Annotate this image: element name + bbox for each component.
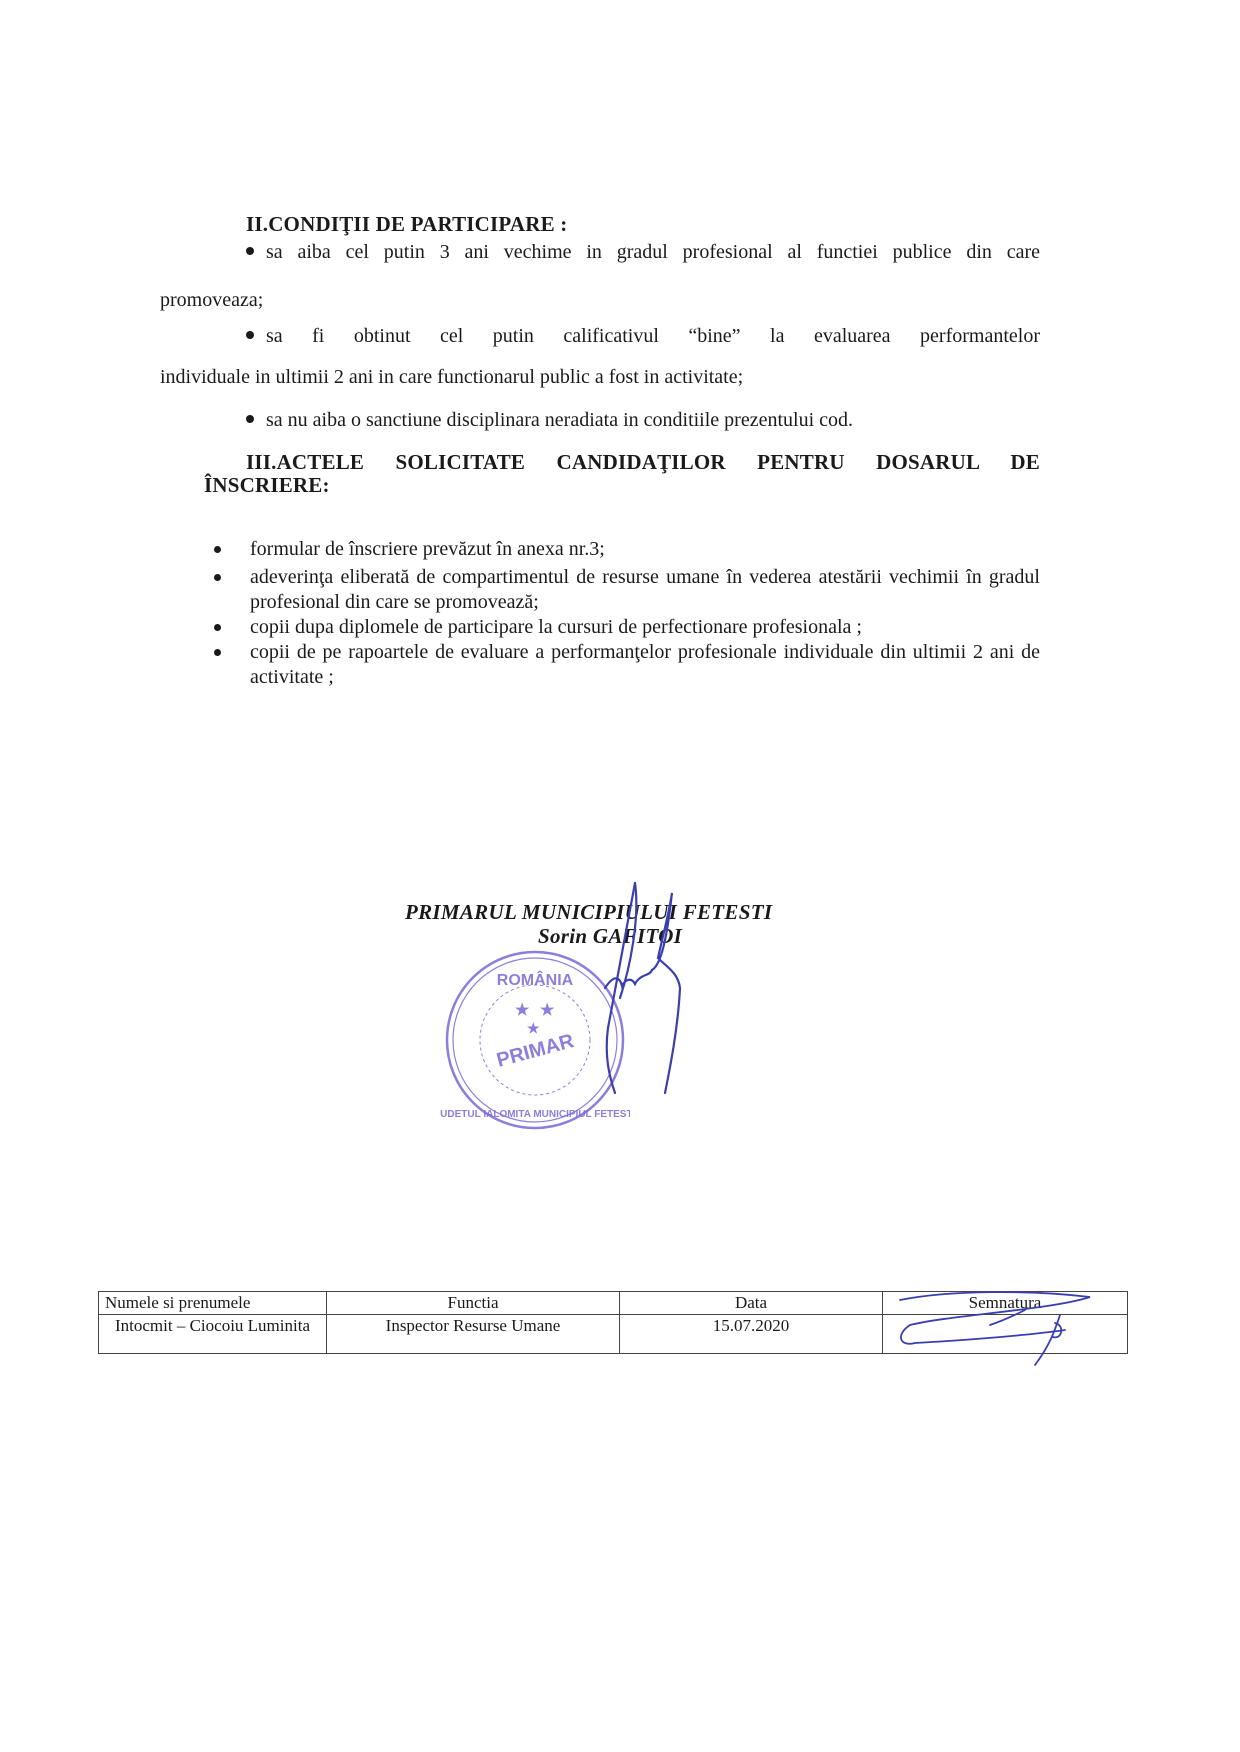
bullet-icon bbox=[214, 649, 221, 656]
condition-text: sa nu aiba o sanctiune disciplinara nera… bbox=[266, 409, 853, 431]
header-function: Functia bbox=[327, 1292, 620, 1315]
svg-text:★: ★ bbox=[540, 1002, 555, 1019]
svg-text:★: ★ bbox=[527, 1020, 540, 1036]
bullet-icon bbox=[246, 247, 254, 255]
section-3-title-line-1: III.ACTELE SOLICITATE CANDIDAŢILOR PENTR… bbox=[246, 450, 1040, 475]
document-text: copii de pe rapoartele de evaluare a per… bbox=[250, 641, 1040, 688]
header-date: Data bbox=[620, 1292, 883, 1315]
required-documents-list: formular de înscriere prevăzut în anexa … bbox=[210, 537, 1040, 690]
mayor-signature-icon bbox=[560, 878, 720, 1108]
list-item: copii dupa diplomele de participare la c… bbox=[210, 615, 1040, 640]
condition-2-line-1: sa fi obtinut cel putin calificativul “b… bbox=[246, 326, 1040, 346]
condition-1-line-2: promoveaza; bbox=[160, 290, 263, 310]
bullet-icon bbox=[246, 415, 254, 423]
document-text: copii dupa diplomele de participare la c… bbox=[250, 616, 862, 638]
condition-text: sa aiba cel putin 3 ani vechime in gradu… bbox=[266, 241, 1040, 263]
bullet-icon bbox=[214, 574, 221, 581]
header-name: Numele si prenumele bbox=[99, 1292, 327, 1315]
document-text: adeverinţa eliberată de compartimentul d… bbox=[250, 566, 1040, 613]
preparer-signature-icon bbox=[890, 1285, 1110, 1375]
cell-date: 15.07.2020 bbox=[620, 1315, 883, 1354]
bullet-icon bbox=[214, 546, 221, 553]
cell-name: Intocmit – Ciocoiu Luminita bbox=[99, 1315, 327, 1354]
bullet-icon bbox=[214, 624, 221, 631]
section-3-title-line-2: ÎNSCRIERE: bbox=[204, 473, 330, 498]
svg-text:★: ★ bbox=[515, 1002, 530, 1019]
document-text: formular de înscriere prevăzut în anexa … bbox=[250, 538, 605, 560]
bullet-icon bbox=[246, 331, 254, 339]
list-item: formular de înscriere prevăzut în anexa … bbox=[210, 537, 1040, 562]
condition-2-line-2: individuale in ultimii 2 ani in care fun… bbox=[160, 367, 743, 387]
list-item: adeverinţa eliberată de compartimentul d… bbox=[210, 565, 1040, 615]
svg-text:JUDETUL IALOMITA MUNICIPIUL FE: JUDETUL IALOMITA MUNICIPIUL FETESTI bbox=[440, 1109, 630, 1120]
section-2-title: II.CONDIŢII DE PARTICIPARE : bbox=[246, 212, 567, 237]
cell-function: Inspector Resurse Umane bbox=[327, 1315, 620, 1354]
condition-3: sa nu aiba o sanctiune disciplinara nera… bbox=[246, 410, 853, 430]
condition-1-line-1: sa aiba cel putin 3 ani vechime in gradu… bbox=[246, 242, 1040, 262]
list-item: copii de pe rapoartele de evaluare a per… bbox=[210, 640, 1040, 690]
condition-text: sa fi obtinut cel putin calificativul “b… bbox=[266, 325, 1040, 347]
